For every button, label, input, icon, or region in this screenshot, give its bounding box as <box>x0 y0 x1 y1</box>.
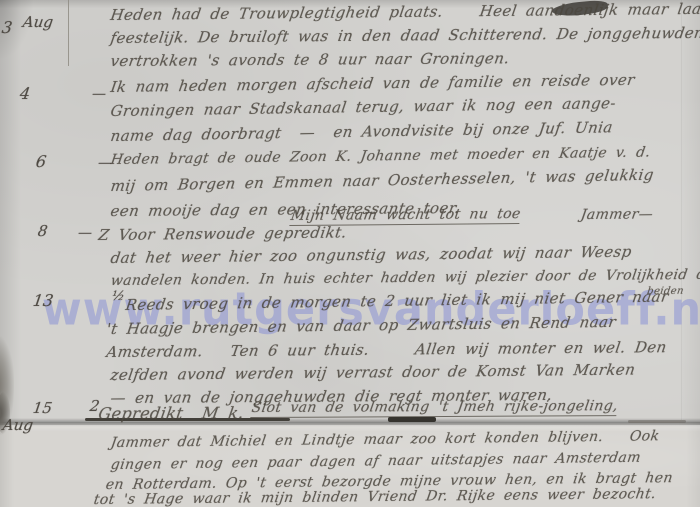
margin-label: 15 <box>32 399 54 417</box>
margin-label: Aug <box>22 13 55 31</box>
margin-label: 13 <box>32 291 55 310</box>
margin-label: Aug <box>2 416 35 434</box>
margin-label: 8 <box>37 222 49 240</box>
manuscript-scan: www.rutgersvanderloeff.nl 3Aug4—6—8—13½1… <box>0 0 700 507</box>
ink-blot-segment <box>388 417 436 422</box>
paper-fold-line <box>681 0 683 420</box>
handwriting-line: Jammer— <box>580 206 655 223</box>
margin-label: — <box>77 225 93 241</box>
handwriting-line: vertrokken 's avonds te 8 uur naar Groni… <box>109 49 511 70</box>
handwriting-line: Mijn Naam wacht tot nu toe <box>289 206 522 226</box>
margin-rule-line <box>68 0 69 66</box>
handwriting-line: Gepredikt M k. <box>97 403 245 423</box>
handwriting-line: Z Voor Renswoude gepredikt. <box>97 223 348 244</box>
seam-dark-segment <box>628 420 686 423</box>
handwriting-line: Slot van de volmaking 't Jmeh rijke-jong… <box>250 398 619 418</box>
margin-label: — <box>91 86 107 102</box>
margin-label: ½ <box>111 289 126 304</box>
